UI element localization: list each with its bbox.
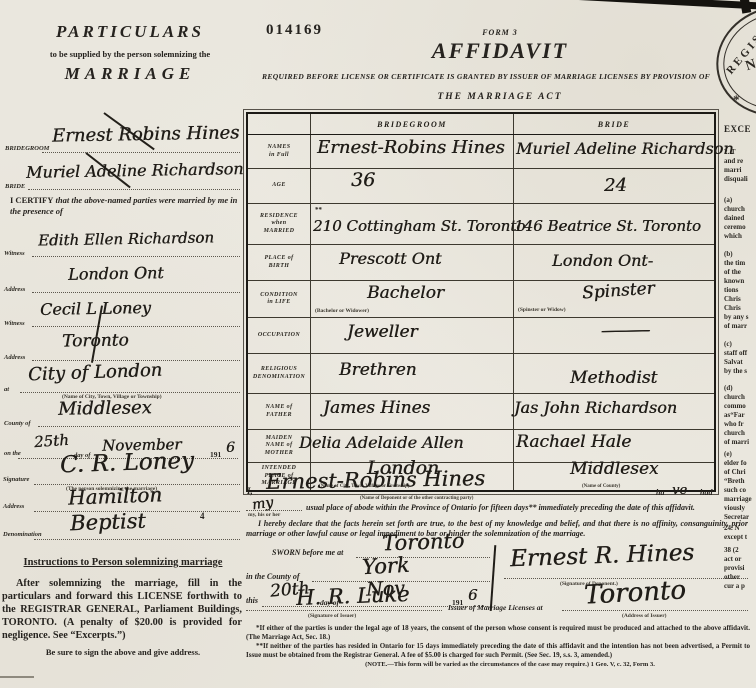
excerpt-fragment: (b) the tim of the known tions Chris Chr… bbox=[724, 250, 749, 331]
groom-condition-caption: (Bachelor or Widower) bbox=[315, 308, 369, 314]
issuer-place-caption: (Address of Issuer) bbox=[622, 613, 667, 619]
row-label: PLACE of BIRTH bbox=[264, 255, 293, 270]
sworn-at-label: SWORN before me at bbox=[272, 548, 343, 557]
groom-birthplace: Prescott Ont bbox=[339, 249, 441, 268]
at-label: at bbox=[4, 386, 9, 393]
bride-name: Muriel Adeline Richardson bbox=[516, 139, 734, 158]
ruled-line bbox=[28, 189, 240, 190]
marriage-title: MARRIAGE bbox=[28, 64, 232, 84]
excerpt-fragment: (c) staff off Salvat by the s bbox=[724, 340, 747, 376]
bride-mother: Rachael Hale bbox=[516, 432, 631, 452]
certify-text: I CERTIFY that the above-named parties w… bbox=[10, 195, 240, 217]
solemnizer-signature: C. R. Loney bbox=[60, 448, 195, 479]
row-label: RESIDENCE when MARRIED bbox=[260, 213, 298, 236]
ruled-line bbox=[246, 610, 442, 611]
row-label: OCCUPATION bbox=[258, 332, 300, 340]
scan-artifact-top-line bbox=[520, 0, 756, 11]
table-row-occupation: OCCUPATION Jeweller — bbox=[248, 318, 714, 354]
groom-occupation: Jeweller bbox=[347, 322, 418, 342]
instructions-footer: Be sure to sign the above and give addre… bbox=[18, 647, 228, 657]
ruled-line bbox=[32, 292, 240, 293]
witness-label: Witness bbox=[4, 250, 25, 257]
row-label: CONDITION in LIFE bbox=[260, 292, 298, 307]
bride-value: Muriel Adeline Richardson bbox=[26, 159, 244, 182]
ruled-line bbox=[32, 326, 240, 327]
particulars-subtitle: to be supplied by the person solemnizing… bbox=[18, 49, 242, 59]
bride-birthplace: London Ont- bbox=[552, 251, 653, 270]
row-label: RELIGIOUS DENOMINATION bbox=[253, 366, 305, 381]
issuer-label: Issuer of Marriage Licenses at bbox=[448, 603, 543, 612]
ruled-line bbox=[42, 152, 240, 153]
groom-age: 36 bbox=[351, 169, 375, 191]
groom-condition: Bachelor bbox=[367, 283, 444, 303]
deponent-signature: Ernest R. Hines bbox=[510, 540, 695, 572]
bride-condition: Spinster bbox=[581, 278, 655, 303]
bride-label: BRIDE bbox=[5, 183, 25, 190]
onthe-label: on the bbox=[4, 450, 21, 457]
stamp-star: * bbox=[733, 92, 740, 108]
address-label: Address bbox=[4, 354, 25, 361]
serial-number: 014169 bbox=[266, 22, 323, 39]
table-row-age: AGE 36 24 bbox=[248, 169, 714, 204]
excerpt-fragment: 38 (2 act or provisi other cur a p bbox=[724, 546, 745, 591]
county-value: Middlesex bbox=[58, 397, 152, 420]
ruled-line bbox=[32, 256, 240, 257]
footnote-2: **If neither of the parties has resided … bbox=[246, 642, 750, 659]
sworn-county-value: York bbox=[361, 553, 410, 579]
sworn-year-value: 6 bbox=[468, 586, 478, 604]
address-label: Address bbox=[4, 286, 25, 293]
ve-handwritten: ve bbox=[672, 483, 687, 498]
deponent-lead: I, bbox=[247, 486, 253, 496]
year-value: 6 bbox=[226, 440, 235, 456]
bride-condition-caption: (Spinster or Widow) bbox=[518, 307, 566, 313]
groom-name: Ernest-Robins Hines bbox=[317, 137, 505, 158]
ruled-line bbox=[258, 494, 650, 495]
issuer-place: Toronto bbox=[583, 575, 686, 610]
bride-residence: 146 Beatrice St. Toronto bbox=[514, 217, 701, 235]
bride-father: Jas John Richardson bbox=[514, 398, 677, 417]
affidavit-subtitle: REQUIRED BEFORE LICENSE OR CERTIFICATE I… bbox=[250, 72, 722, 81]
header-label-cell bbox=[248, 114, 311, 134]
form-number: FORM 3 bbox=[430, 28, 570, 37]
sworn-at-value: Toronto bbox=[382, 529, 465, 556]
address-value: Toronto bbox=[62, 330, 129, 351]
marriage-act-title: THE MARRIAGE ACT bbox=[396, 92, 604, 102]
abode-text: usual place of abode within the Province… bbox=[306, 503, 746, 512]
ruled-line bbox=[562, 610, 748, 611]
county-label: County of bbox=[4, 420, 31, 427]
my-caption: my, his or her bbox=[248, 512, 280, 518]
declaration-text: I hereby declare that the facts herein s… bbox=[246, 519, 748, 539]
address-label: Address bbox=[3, 503, 24, 510]
ruled-line bbox=[34, 539, 240, 540]
table-row-father: NAME of FATHER James Hines Jas John Rich… bbox=[248, 394, 714, 430]
groom-religion: Brethren bbox=[339, 360, 417, 380]
sworn-this-label: this bbox=[246, 596, 258, 605]
ruled-line bbox=[38, 426, 240, 427]
table-row-names: NAMES in Full Ernest-Robins Hines Muriel… bbox=[248, 135, 714, 169]
excerpt-fragment: 2. T and re marri disquali bbox=[724, 148, 748, 184]
witness-value: Cecil L Loney bbox=[40, 298, 151, 319]
excerpt-fragment: (d) church commo as“Far who fr church of… bbox=[724, 384, 749, 447]
issuer-signature: H. R. Luke bbox=[296, 582, 410, 610]
bridegroom-value: Ernest Robins Hines bbox=[52, 122, 240, 146]
table-header-row: BRIDEGROOM BRIDE bbox=[248, 114, 714, 135]
solemnizer-address: Hamilton bbox=[68, 482, 163, 509]
affidavit-table: BRIDEGROOM BRIDE NAMES in Full Ernest-Ro… bbox=[246, 112, 716, 492]
address-value: London Ont bbox=[68, 263, 164, 284]
row-label: NAMES in Full bbox=[267, 144, 290, 159]
row-label: AGE bbox=[272, 182, 286, 190]
ha-printed: ha bbox=[656, 488, 664, 497]
instructions-heading: Instructions to Person solemnizing marri… bbox=[8, 557, 238, 568]
intended-place-county-caption: (Name of County) bbox=[582, 484, 620, 489]
groom-father: James Hines bbox=[323, 398, 430, 418]
intended-place-county: Middlesex bbox=[570, 459, 658, 479]
footnote-1: *If either of the parties is under the l… bbox=[246, 624, 750, 641]
bride-occupation: — bbox=[597, 317, 652, 342]
table-row-condition: CONDITION in LIFE Bachelor (Bachelor or … bbox=[248, 281, 714, 318]
had-printed: had bbox=[700, 488, 712, 497]
table-row-residence: RESIDENCE when MARRIED ** 210 Cottingham… bbox=[248, 204, 714, 245]
scan-artifact-bottom-line bbox=[0, 676, 34, 678]
residence-note: ** bbox=[315, 206, 322, 214]
sworn-brace-line bbox=[490, 545, 496, 611]
affidavit-title: AFFIDAVIT bbox=[370, 38, 630, 64]
table-row-birthplace: PLACE of BIRTH Prescott Ont London Ont- bbox=[248, 245, 714, 281]
groom-mother: Delia Adelaide Allen bbox=[299, 433, 464, 452]
denomination-value: Beptist bbox=[70, 509, 146, 536]
excerpt-fragment: (e) elder fo of Chri “Breth such co marr… bbox=[724, 450, 752, 522]
witness-label: Witness bbox=[4, 320, 25, 327]
bride-age: 24 bbox=[604, 175, 627, 196]
particulars-title: PARTICULARS bbox=[28, 22, 232, 42]
excerpts-heading: EXCE bbox=[724, 124, 751, 134]
footnote-3: (NOTE.—This form will be varied as the c… bbox=[300, 661, 720, 668]
denomination-label: Denomination bbox=[3, 531, 42, 538]
groom-residence: 210 Cottingham St. Toronto bbox=[313, 217, 525, 235]
bride-religion: Methodist bbox=[570, 368, 657, 388]
affidavit-scan-page: PARTICULARS to be supplied by the person… bbox=[0, 0, 756, 688]
denomination-mark: 4 bbox=[200, 511, 205, 521]
issuer-signature-caption: (Signature of Issuer) bbox=[308, 613, 356, 619]
deponent-name-caption: (Name of Deponent or of the other contra… bbox=[360, 496, 473, 501]
deponent-name: Ernest-Robins Hines bbox=[266, 466, 485, 494]
excerpt-fragment: 24. N except t bbox=[724, 524, 747, 542]
certify-lead: I CERTIFY bbox=[10, 195, 53, 205]
signature-label: Signature bbox=[3, 476, 29, 483]
instructions-body: After solemnizing the marriage, fill in … bbox=[2, 577, 242, 642]
table-row-religion: RELIGIOUS DENOMINATION Brethren Methodis… bbox=[248, 354, 714, 394]
day-value: 25th bbox=[33, 431, 69, 451]
ruled-line bbox=[246, 510, 302, 511]
scan-artifact-corner bbox=[740, 0, 751, 14]
bridegroom-column-header: BRIDEGROOM bbox=[311, 114, 514, 134]
bride-column-header: BRIDE bbox=[514, 114, 714, 134]
witness-value: Edith Ellen Richardson bbox=[38, 228, 214, 249]
row-label: NAME of FATHER bbox=[266, 404, 293, 419]
excerpt-fragment: (a) church dained ceremo which bbox=[724, 196, 746, 241]
row-label: MAIDEN NAME of MOTHER bbox=[265, 435, 293, 458]
ruled-line bbox=[20, 392, 240, 393]
place-value: City of London bbox=[28, 360, 163, 386]
bridegroom-label: BRIDEGROOM bbox=[5, 145, 49, 152]
